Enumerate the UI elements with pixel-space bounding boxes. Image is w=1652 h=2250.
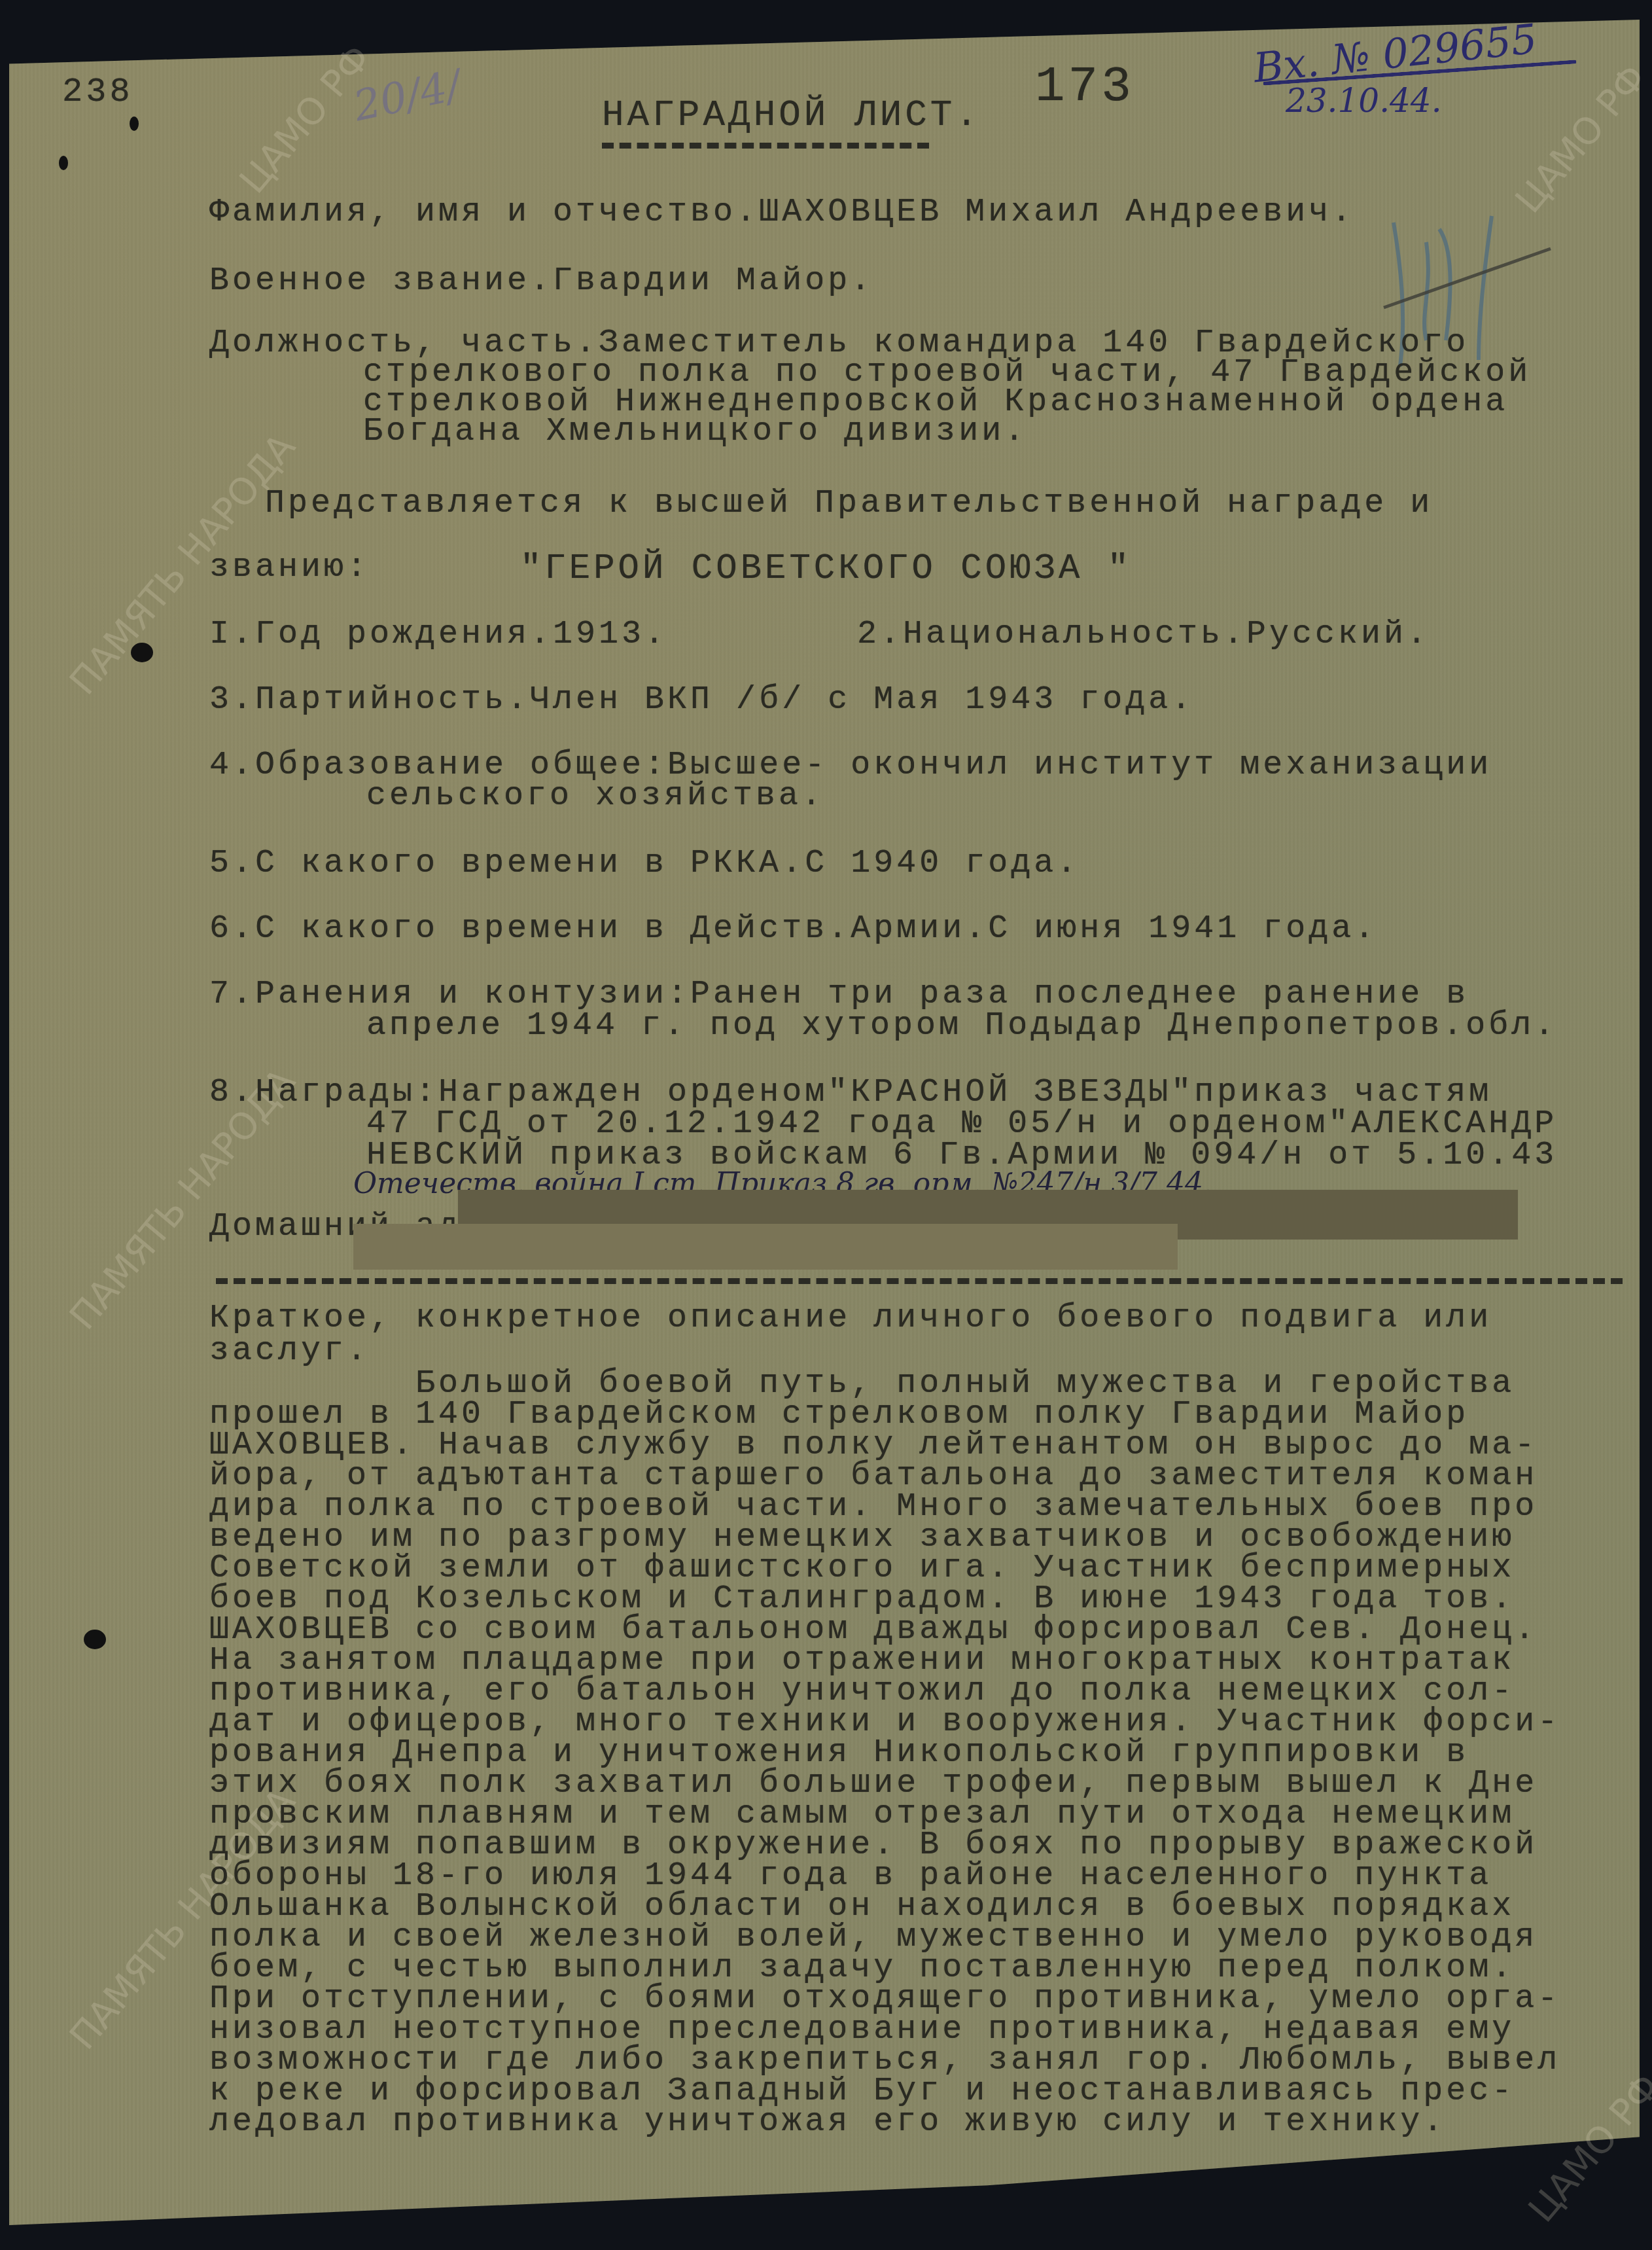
item-value: апреле 1944 г. под хутором Подыдар Днепр…: [366, 1010, 1557, 1043]
item-label: Национальность.: [903, 616, 1246, 653]
item-number: 7.: [209, 976, 255, 1013]
item-number: 2.: [857, 616, 903, 653]
item-number: 5.: [209, 845, 255, 882]
nomination-line: Представляется к высшей Правительственно…: [265, 488, 1433, 520]
nomination-label: званию:: [209, 552, 370, 584]
home-address-redaction: [353, 1224, 1178, 1270]
rank-field: Военное звание.Гвардии Майор.: [209, 265, 873, 298]
full-name-field: Фамилия, имя и отчество.ШАХОВЦЕВ Михаил …: [209, 196, 1354, 229]
item-number: 8.: [209, 1074, 255, 1111]
item-army-since: 6.С какого времени в Действ.Армии.С июня…: [209, 913, 1377, 946]
sheet-number: 173: [1035, 62, 1134, 112]
archive-page-number: 238: [62, 75, 133, 109]
item-value: 47 ГСД от 20.12.1942 года № 05/н и орден…: [366, 1108, 1557, 1141]
narrative-line: ледовал противника уничтожая его живую с…: [209, 2106, 1446, 2139]
item-awards: 8.Награды:Награжден орденом"КРАСНОЙ ЗВЕЗ…: [209, 1077, 1492, 1109]
full-name-value: ШАХОВЦЕВ Михаил Андреевич.: [759, 194, 1354, 231]
item-label: С какого времени в Действ.Армии.: [255, 910, 988, 948]
item-value: Русский.: [1246, 616, 1430, 653]
full-name-label: Фамилия, имя и отчество.: [209, 194, 759, 231]
document-title: НАГРАДНОЙ ЛИСТ.: [602, 97, 981, 134]
rank-label: Военное звание.: [209, 262, 553, 300]
item-value: С июня 1941 года.: [988, 910, 1377, 948]
item-value: С 1940 года.: [805, 845, 1080, 882]
item-nationality: 2.Национальность.Русский.: [857, 618, 1430, 651]
item-number: 6.: [209, 910, 255, 948]
item-number: I.: [209, 616, 255, 653]
item-value: Член ВКП /б/ с Мая 1943 года.: [530, 681, 1194, 719]
item-party: 3.Партийность.Член ВКП /б/ с Мая 1943 го…: [209, 684, 1194, 717]
narrative-heading: Краткое, конкретное описание личного бое…: [209, 1302, 1492, 1335]
narrative-heading: заслуг.: [209, 1335, 370, 1368]
item-value: 1913.: [553, 616, 667, 653]
section-divider: [216, 1278, 1623, 1284]
rank-value: Гвардии Майор.: [553, 262, 873, 300]
item-label: Год рождения.: [255, 616, 553, 653]
punch-hole-icon: [131, 643, 153, 662]
punch-hole-icon: [84, 1630, 106, 1649]
punch-hole-icon: [59, 156, 68, 170]
award-title: "ГЕРОЙ СОВЕТСКОГО СОЮЗА ": [520, 552, 1132, 587]
item-value: сельского хозяйства.: [366, 780, 824, 813]
item-label: С какого времени в РККА.: [255, 845, 805, 882]
registration-date: 23.10.44.: [1286, 82, 1442, 120]
item-rkka-since: 5.С какого времени в РККА.С 1940 года.: [209, 848, 1080, 880]
item-wounds: 7.Ранения и контузии:Ранен три раза посл…: [209, 978, 1469, 1011]
item-birth-year: I.Год рождения.1913.: [209, 618, 667, 651]
punch-hole-icon: [130, 116, 139, 131]
item-number: 3.: [209, 681, 255, 719]
item-number: 4.: [209, 747, 255, 784]
item-label: Партийность.: [255, 681, 530, 719]
position-line: Богдана Хмельницкого дивизии.: [363, 416, 1027, 448]
title-underline: [602, 143, 929, 149]
